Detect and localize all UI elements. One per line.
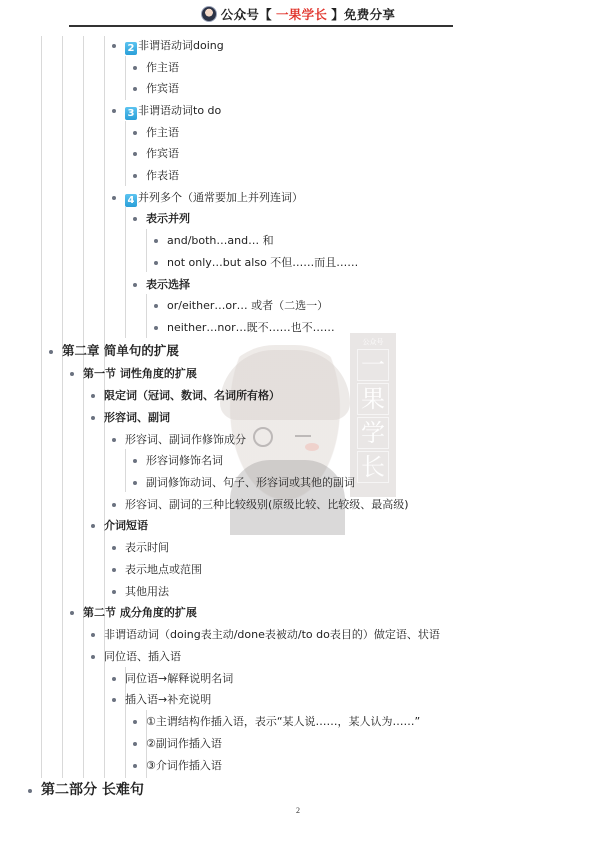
- header-divider: [69, 25, 453, 27]
- page-number: 2: [0, 806, 596, 815]
- outline-item: 同位语→解释说明名词: [0, 669, 596, 689]
- outline-item-text: 限定词（冠词、数词、名词所有格）: [104, 386, 280, 406]
- bullet-icon: [112, 503, 116, 507]
- outline-item: 作宾语: [0, 79, 596, 99]
- bullet-icon: [91, 416, 95, 420]
- bullet-icon: [133, 283, 137, 287]
- outline-item-label: 第二节 成分角度的扩展: [83, 606, 197, 619]
- outline-item-text: 同位语→解释说明名词: [125, 669, 233, 689]
- outline-item: 同位语、插入语: [0, 647, 596, 667]
- outline-item-text: not only…but also 不但……而且……: [167, 253, 358, 273]
- outline-item-label: 插入语→补充说明: [125, 693, 211, 706]
- bullet-icon: [133, 481, 137, 485]
- bullet-icon: [70, 611, 74, 615]
- outline-item-text: 4并列多个（通常要加上并列连词）: [125, 188, 303, 208]
- outline-item-label: 其他用法: [125, 585, 169, 598]
- outline-item: neither…nor…既不……也不……: [0, 318, 596, 338]
- bullet-icon: [70, 372, 74, 376]
- outline-item-text: 作宾语: [146, 144, 179, 164]
- outline-item-text: or/either…or… 或者（二选一）: [167, 296, 328, 316]
- outline-item-text: 介词短语: [104, 516, 148, 536]
- outline-item: 非谓语动词（doing表主动/done表被动/to do表目的）做定语、状语: [0, 625, 596, 645]
- outline-item: 形容词、副词作修饰成分: [0, 430, 596, 450]
- outline-item-label: 作主语: [146, 61, 179, 74]
- outline-item-text: 同位语、插入语: [104, 647, 181, 667]
- outline-item-text: 非谓语动词（doing表主动/done表被动/to do表目的）做定语、状语: [104, 625, 440, 645]
- outline-item: and/both…and… 和: [0, 231, 596, 251]
- bullet-icon: [154, 304, 158, 308]
- outline-item: 3非谓语动词to do: [0, 101, 596, 121]
- outline-item: 插入语→补充说明: [0, 690, 596, 710]
- outline-item-text: 作宾语: [146, 79, 179, 99]
- outline-item: not only…but also 不但……而且……: [0, 253, 596, 273]
- outline-item-text: 2非谓语动词doing: [125, 36, 224, 56]
- bullet-icon: [133, 152, 137, 156]
- outline-item-label: 非谓语动词（doing表主动/done表被动/to do表目的）做定语、状语: [104, 628, 440, 641]
- outline-item-text: 作主语: [146, 58, 179, 78]
- outline-item-label: ②副词作插入语: [146, 737, 222, 750]
- outline-item: 其他用法: [0, 582, 596, 602]
- bullet-icon: [154, 261, 158, 265]
- bullet-icon: [133, 87, 137, 91]
- outline-item-label: 同位语、插入语: [104, 650, 181, 663]
- outline-item-text: ①主谓结构作插入语，表示“某人说……，某人认为……”: [146, 712, 420, 732]
- bullet-icon: [112, 438, 116, 442]
- bullet-icon: [133, 764, 137, 768]
- outline-item-label: or/either…or… 或者（二选一）: [167, 299, 328, 312]
- outline-item-text: 表示地点或范围: [125, 560, 202, 580]
- bullet-icon: [91, 655, 95, 659]
- bullet-icon: [112, 109, 116, 113]
- outline-item-label: 并列多个（通常要加上并列连词）: [138, 191, 303, 204]
- outline-item-text: and/both…and… 和: [167, 231, 274, 251]
- outline-item: 2非谓语动词doing: [0, 36, 596, 56]
- outline-item-label: 形容词、副词: [104, 411, 170, 424]
- outline-item-label: 表示地点或范围: [125, 563, 202, 576]
- outline-item-label: 副词修饰动词、句子、形容词或其他的副词: [146, 476, 355, 489]
- outline-item: 形容词、副词的三种比较级别(原级比较、比较级、最高级): [0, 495, 596, 515]
- outline-item: 作主语: [0, 58, 596, 78]
- bullet-icon: [91, 394, 95, 398]
- bullet-icon: [112, 677, 116, 681]
- bullet-icon: [133, 174, 137, 178]
- outline-item-text: 表示并列: [146, 209, 190, 229]
- outline-item: 表示地点或范围: [0, 560, 596, 580]
- outline-item: 第二章 简单句的扩展: [0, 341, 596, 361]
- outline-item-text: 形容词、副词作修饰成分: [125, 430, 246, 450]
- outline-item: 表示并列: [0, 209, 596, 229]
- outline-item: 第二部分 长难句: [0, 780, 596, 800]
- outline-item-label: 作宾语: [146, 147, 179, 160]
- bullet-icon: [133, 217, 137, 221]
- bullet-icon: [112, 590, 116, 594]
- outline-item-label: 非谓语动词to do: [138, 104, 221, 117]
- outline-item-label: 表示并列: [146, 212, 190, 225]
- bullet-icon: [133, 459, 137, 463]
- bullet-icon: [133, 131, 137, 135]
- number-keycap-icon: 4: [125, 194, 137, 207]
- outline-item-label: 第二部分 长难句: [41, 782, 144, 798]
- bullet-icon: [28, 789, 32, 793]
- outline-item-label: 形容词、副词的三种比较级别(原级比较、比较级、最高级): [125, 498, 409, 511]
- outline-item-label: 介词短语: [104, 519, 148, 532]
- outline-item: 第二节 成分角度的扩展: [0, 603, 596, 623]
- outline-item-label: 表示时间: [125, 541, 169, 554]
- bullet-icon: [133, 66, 137, 70]
- header-prefix: 公众号【: [221, 5, 272, 23]
- outline-item-label: 同位语→解释说明名词: [125, 672, 233, 685]
- outline-item-text: ③介词作插入语: [146, 756, 222, 776]
- bullet-icon: [133, 742, 137, 746]
- outline-item-label: ③介词作插入语: [146, 759, 222, 772]
- outline-item-text: 第一节 词性角度的扩展: [83, 364, 197, 384]
- bullet-icon: [91, 524, 95, 528]
- outline-item-text: 3非谓语动词to do: [125, 101, 221, 121]
- outline-item-label: 表示选择: [146, 278, 190, 291]
- avatar-icon: [201, 6, 217, 22]
- page-header: 公众号【一果学长】免费分享: [0, 0, 596, 27]
- header-suffix: 】免费分享: [331, 5, 395, 23]
- outline-item-label: and/both…and… 和: [167, 234, 274, 247]
- outline-item-label: 作表语: [146, 169, 179, 182]
- outline-item: ①主谓结构作插入语，表示“某人说……，某人认为……”: [0, 712, 596, 732]
- outline-item-text: 第二节 成分角度的扩展: [83, 603, 197, 623]
- bullet-icon: [154, 326, 158, 330]
- outline-item: 限定词（冠词、数词、名词所有格）: [0, 386, 596, 406]
- outline-item: 形容词修饰名词: [0, 451, 596, 471]
- outline-item-text: 第二部分 长难句: [41, 780, 144, 800]
- outline-item-text: 其他用法: [125, 582, 169, 602]
- bullet-icon: [112, 568, 116, 572]
- outline-item-text: 表示时间: [125, 538, 169, 558]
- outline-item-text: ②副词作插入语: [146, 734, 222, 754]
- outline-item-text: 形容词、副词的三种比较级别(原级比较、比较级、最高级): [125, 495, 409, 515]
- outline-item: 介词短语: [0, 516, 596, 536]
- number-keycap-icon: 2: [125, 42, 137, 55]
- header-title: 公众号【一果学长】免费分享: [0, 5, 596, 23]
- outline-item-label: 非谓语动词doing: [138, 39, 224, 52]
- outline-item-text: 作表语: [146, 166, 179, 186]
- outline-item-label: 作主语: [146, 126, 179, 139]
- outline-item: 作表语: [0, 166, 596, 186]
- outline-item-text: 形容词修饰名词: [146, 451, 223, 471]
- outline-item-label: neither…nor…既不……也不……: [167, 321, 335, 334]
- outline-item-text: 第二章 简单句的扩展: [62, 341, 179, 361]
- outline-item-text: 形容词、副词: [104, 408, 170, 428]
- outline-item: 表示选择: [0, 275, 596, 295]
- outline-item: 作主语: [0, 123, 596, 143]
- bullet-icon: [112, 44, 116, 48]
- bullet-icon: [112, 196, 116, 200]
- outline-item-label: 第二章 简单句的扩展: [62, 343, 179, 358]
- bullet-icon: [91, 633, 95, 637]
- header-brand: 一果学长: [276, 5, 327, 23]
- bullet-icon: [154, 239, 158, 243]
- number-keycap-icon: 3: [125, 107, 137, 120]
- outline-item: 第一节 词性角度的扩展: [0, 364, 596, 384]
- outline-item: 表示时间: [0, 538, 596, 558]
- outline-item-label: 限定词（冠词、数词、名词所有格）: [104, 389, 280, 402]
- outline-item-text: neither…nor…既不……也不……: [167, 318, 335, 338]
- outline-item-label: ①主谓结构作插入语，表示“某人说……，某人认为……”: [146, 715, 420, 728]
- outline-item: 作宾语: [0, 144, 596, 164]
- outline-item-text: 作主语: [146, 123, 179, 143]
- bullet-icon: [112, 698, 116, 702]
- bullet-icon: [112, 546, 116, 550]
- outline-item-text: 插入语→补充说明: [125, 690, 211, 710]
- outline-item-text: 副词修饰动词、句子、形容词或其他的副词: [146, 473, 355, 493]
- outline-item: 形容词、副词: [0, 408, 596, 428]
- outline-item-label: not only…but also 不但……而且……: [167, 256, 358, 269]
- outline-item-label: 第一节 词性角度的扩展: [83, 367, 197, 380]
- outline-item-text: 表示选择: [146, 275, 190, 295]
- outline-item: ③介词作插入语: [0, 756, 596, 776]
- outline-item-label: 形容词、副词作修饰成分: [125, 433, 246, 446]
- outline-item: or/either…or… 或者（二选一）: [0, 296, 596, 316]
- bullet-icon: [49, 350, 53, 354]
- outline-item: 4并列多个（通常要加上并列连词）: [0, 188, 596, 208]
- outline-item-label: 形容词修饰名词: [146, 454, 223, 467]
- outline-item: 副词修饰动词、句子、形容词或其他的副词: [0, 473, 596, 493]
- outline-item: ②副词作插入语: [0, 734, 596, 754]
- bullet-icon: [133, 720, 137, 724]
- outline-item-label: 作宾语: [146, 82, 179, 95]
